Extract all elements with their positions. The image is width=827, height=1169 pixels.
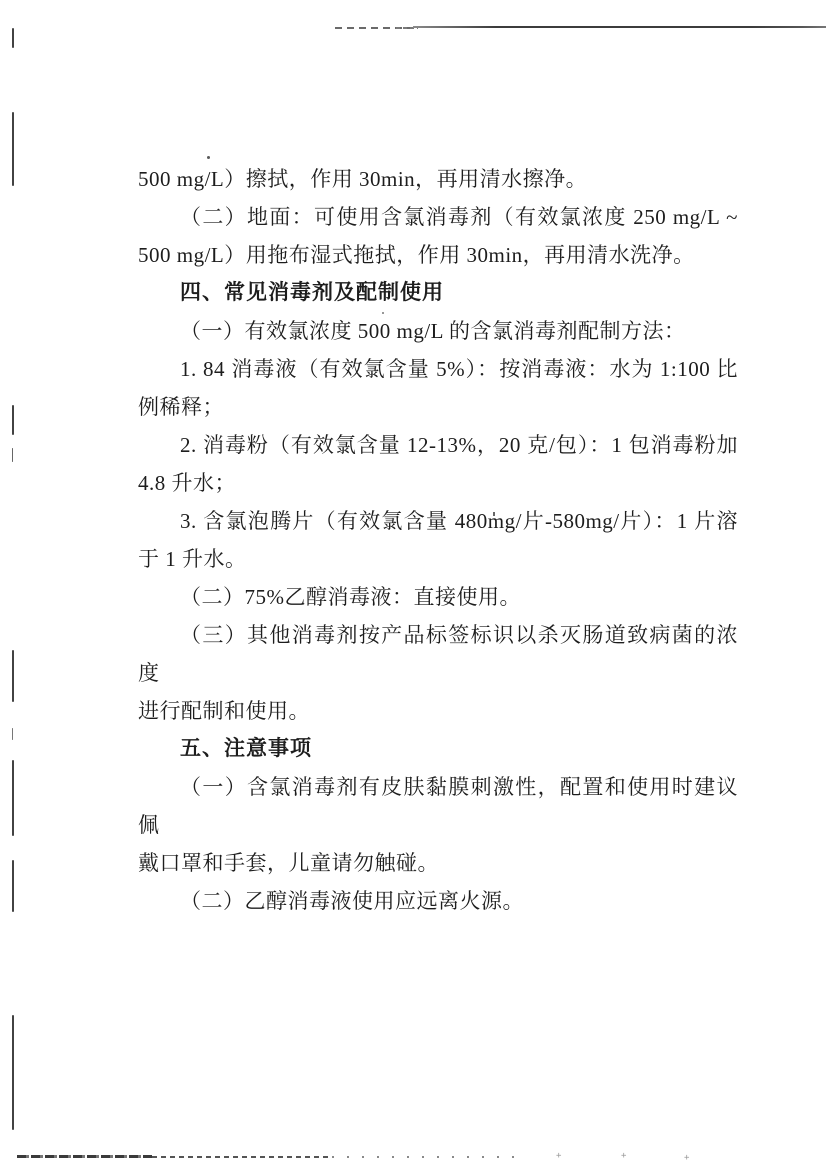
document-line: （三）其他消毒剂按产品标签标识以杀灭肠道致病菌的浓度: [138, 616, 738, 692]
document-line: 1. 84 消毒液（有效氯含量 5%）：按消毒液：水为 1:100 比: [138, 350, 738, 388]
scan-artifact-edge-tick: [12, 448, 13, 462]
document-line: 进行配制和使用。: [138, 692, 738, 730]
scan-artifact-edge-tick: [12, 650, 14, 702]
scan-artifact-top-dashes: [396, 27, 418, 29]
scan-artifact-speck: +: [621, 1152, 626, 1161]
document-line: 例稀释；: [138, 388, 738, 426]
scan-artifact-edge-tick: [12, 728, 13, 740]
section-heading-4: 四、常见消毒剂及配制使用: [138, 274, 738, 312]
document-line: 戴口罩和手套，儿童请勿触碰。: [138, 844, 738, 882]
scan-artifact-edge-tick: [12, 1015, 14, 1130]
document-line: （二）乙醇消毒液使用应远离火源。: [138, 882, 738, 920]
scan-artifact-bottom-noise: [332, 1156, 522, 1158]
document-line: （二）75%乙醇消毒液：直接使用。: [138, 578, 738, 616]
document-line: 于 1 升水。: [138, 540, 738, 578]
scan-artifact-speck: [207, 156, 210, 159]
document-line: 500 mg/L）擦拭，作用 30min，再用清水擦净。: [138, 160, 738, 198]
scan-artifact-edge-tick: [12, 112, 14, 186]
scan-artifact-speck: +: [684, 1154, 689, 1163]
document-line: 2. 消毒粉（有效氯含量 12-13%，20 克/包）：1 包消毒粉加: [138, 426, 738, 464]
document-line: 4.8 升水；: [138, 464, 738, 502]
scan-artifact-top-line: [413, 26, 826, 28]
section-heading-5: 五、注意事项: [138, 730, 738, 768]
scan-artifact-bottom-noise: [152, 1156, 332, 1158]
scan-artifact-edge-tick: [12, 28, 14, 48]
scan-artifact-edge-tick: [12, 860, 14, 912]
document-line: （一）有效氯浓度 500 mg/L 的含氯消毒剂配制方法：: [138, 312, 738, 350]
document-line: 3. 含氯泡腾片（有效氯含量 480mg/片-580mg/片）：1 片溶: [138, 502, 738, 540]
document-line: （一）含氯消毒剂有皮肤黏膜刺激性，配置和使用时建议佩: [138, 768, 738, 844]
scan-artifact-top-dashes: [335, 27, 411, 29]
document-line: 500 mg/L）用拖布湿式拖拭，作用 30min，再用清水洗净。: [138, 236, 738, 274]
scanned-page: + + + 500 mg/L）擦拭，作用 30min，再用清水擦净。 （二）地面…: [0, 0, 827, 1169]
scan-artifact-speck: +: [556, 1152, 561, 1161]
scan-artifact-edge-tick: [12, 405, 14, 435]
document-line: （二）地面：可使用含氯消毒剂（有效氯浓度 250 mg/L ~: [138, 198, 738, 236]
document-body: 500 mg/L）擦拭，作用 30min，再用清水擦净。 （二）地面：可使用含氯…: [138, 160, 738, 920]
scan-artifact-bottom-noise: [17, 1155, 152, 1158]
scan-artifact-edge-tick: [12, 760, 14, 836]
